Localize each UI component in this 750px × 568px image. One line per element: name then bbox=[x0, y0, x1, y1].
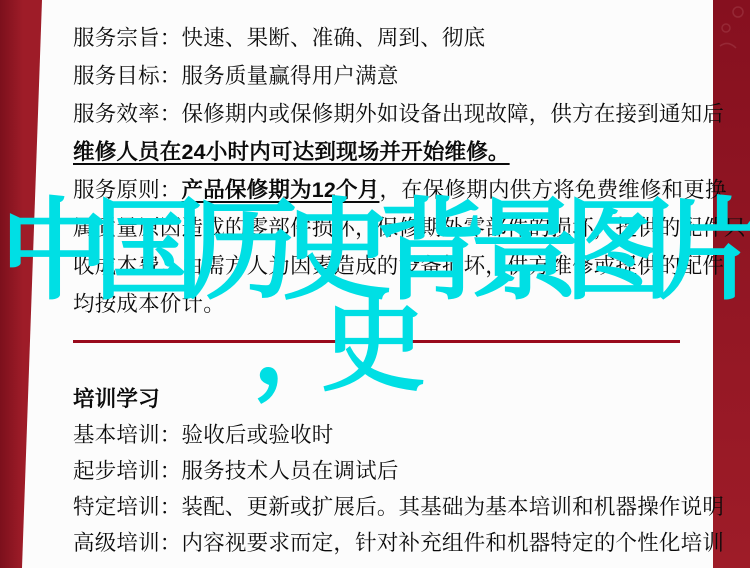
left-red-border bbox=[0, 0, 42, 568]
service-warranty-bold-text: 产品保修期为12个月 bbox=[182, 178, 380, 202]
service-goal-label: 服务目标： bbox=[73, 64, 182, 88]
service-parts-line: 属质量原因造成的零部件损坏，保修期外零部件的损坏，提供的配件只 bbox=[73, 209, 718, 247]
service-principle-line: 服务原则：产品保修期为12个月，在保修期内供方将免费维修和更换 bbox=[73, 171, 718, 209]
service-purpose-text: 快速、果断、准确、周到、彻底 bbox=[182, 26, 486, 50]
service-principle-rest: ，在保修期内供方将免费维修和更换 bbox=[379, 178, 726, 202]
training-advanced-text: 内容视要求而定，针对补充组件和机器特定的个性化培训 bbox=[182, 531, 725, 555]
document-page: 服务宗旨：快速、果断、准确、周到、彻底 服务目标：服务质量赢得用户满意 服务效率… bbox=[0, 0, 750, 568]
service-costprice-line: 均按成本价计。 bbox=[73, 285, 718, 323]
service-parts-text: 属质量原因造成的零部件损坏，保修期外零部件的损坏，提供的配件只 bbox=[73, 216, 746, 240]
section-divider-line bbox=[73, 340, 680, 343]
service-principle-label: 服务原则： bbox=[73, 178, 182, 202]
training-specific-line: 特定培训：装配、更新或扩展后。其基础为基本培训和机器操作说明 bbox=[73, 489, 718, 525]
flourish-ornament-icon bbox=[714, 2, 748, 58]
training-basic-label: 基本培训： bbox=[73, 423, 182, 447]
service-costprice-text: 均按成本价计。 bbox=[73, 292, 225, 316]
service-goal-text: 服务质量赢得用户满意 bbox=[182, 64, 399, 88]
service-24h-text: 维修人员在24小时内可达到现场并开始维修。 bbox=[73, 140, 510, 164]
training-specific-text: 装配、更新或扩展后。其基础为基本培训和机器操作说明 bbox=[182, 495, 725, 519]
training-startup-label: 起步培训： bbox=[73, 459, 182, 483]
training-advanced-line: 高级培训：内容视要求而定，针对补充组件和机器特定的个性化培训 bbox=[73, 525, 718, 561]
training-heading: 培训学习 bbox=[73, 381, 718, 417]
training-section: 培训学习 基本培训：验收后或验收时 起步培训：服务技术人员在调试后 特定培训：装… bbox=[73, 381, 718, 561]
service-efficiency-text: 保修期内或保修期外如设备出现故障，供方在接到通知后 bbox=[182, 102, 725, 126]
training-startup-text: 服务技术人员在调试后 bbox=[182, 459, 399, 483]
service-cost-line: 收成本费。由需方人为因素造成的设备损坏，供方维修或提供的配件 bbox=[73, 247, 718, 285]
training-basic-line: 基本培训：验收后或验收时 bbox=[73, 417, 718, 453]
service-goal-line: 服务目标：服务质量赢得用户满意 bbox=[73, 57, 718, 95]
service-efficiency-line: 服务效率：保修期内或保修期外如设备出现故障，供方在接到通知后 bbox=[73, 95, 718, 133]
service-purpose-label: 服务宗旨： bbox=[73, 26, 182, 50]
service-24h-line: 维修人员在24小时内可达到现场并开始维修。 bbox=[73, 133, 718, 171]
service-terms-section: 服务宗旨：快速、果断、准确、周到、彻底 服务目标：服务质量赢得用户满意 服务效率… bbox=[73, 19, 718, 323]
training-advanced-label: 高级培训： bbox=[73, 531, 182, 555]
service-cost-text: 收成本费。由需方人为因素造成的设备损坏，供方维修或提供的配件 bbox=[73, 254, 724, 278]
service-efficiency-label: 服务效率： bbox=[73, 102, 182, 126]
training-basic-text: 验收后或验收时 bbox=[182, 423, 334, 447]
right-red-border bbox=[713, 0, 750, 568]
training-specific-label: 特定培训： bbox=[73, 495, 182, 519]
service-purpose-line: 服务宗旨：快速、果断、准确、周到、彻底 bbox=[73, 19, 718, 57]
training-startup-line: 起步培训：服务技术人员在调试后 bbox=[73, 453, 718, 489]
